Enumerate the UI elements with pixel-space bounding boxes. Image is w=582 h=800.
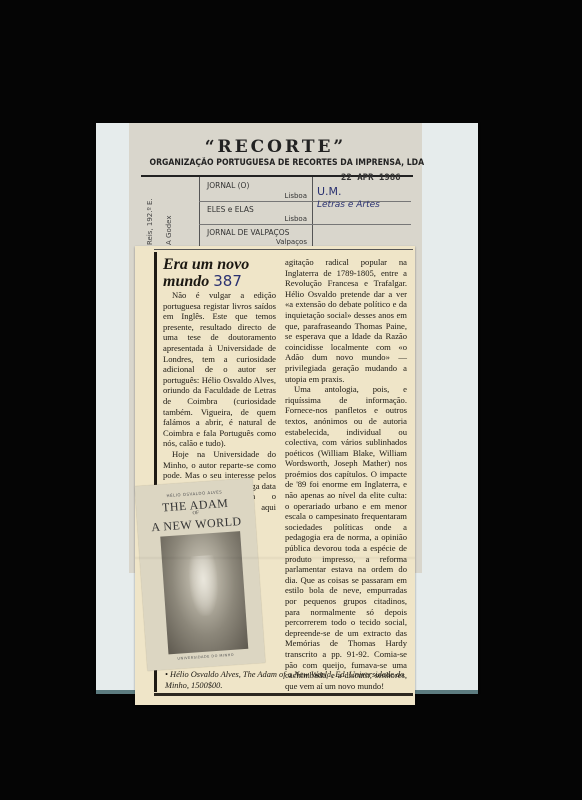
table-divider-left bbox=[199, 177, 200, 249]
newspaper-clipping: Era um novo mundo 387 Não é vulgar a edi… bbox=[135, 246, 415, 705]
date-stamp: 22 APR 1986 bbox=[341, 173, 401, 183]
paragraph: Não é vulgar a edição portuguesa regista… bbox=[163, 290, 276, 449]
publication-name: JORNAL DE VALPAÇOS bbox=[207, 228, 289, 237]
figure-illustration bbox=[188, 555, 220, 617]
clipping-top-rule bbox=[154, 249, 413, 250]
agency-subtitle: ORGANIZAÇÃO PORTUGUESA DE RECORTES DA IM… bbox=[150, 158, 402, 168]
paragraph: agitação radical popular na Inglaterra d… bbox=[285, 257, 407, 384]
address-line-2: A Godex bbox=[165, 216, 173, 246]
publication-name: JORNAL (O) bbox=[207, 181, 249, 190]
handwritten-section: Letras e Artes bbox=[317, 200, 380, 210]
fold-crease bbox=[135, 556, 415, 560]
address-line-1: Reis, 192.º E. bbox=[146, 198, 154, 245]
publication-city: Lisboa bbox=[229, 215, 307, 223]
book-cover-illustration bbox=[160, 531, 248, 654]
article-column-2: agitação radical popular na Inglaterra d… bbox=[285, 257, 407, 691]
agency-title: “RECORTE” bbox=[129, 137, 422, 157]
book-publisher: UNIVERSIDADE DO MINHO bbox=[147, 651, 265, 663]
book-cover-image: HÉLIO OSVALDO ALVES THE ADAM OF A NEW WO… bbox=[135, 478, 266, 671]
article-headline: Era um novo mundo 387 bbox=[163, 256, 273, 290]
handwritten-university: U.M. bbox=[317, 185, 342, 198]
publication-city: Valpaços bbox=[229, 238, 307, 246]
article-footnote: • Hélio Osvaldo Alves, The Adam of a New… bbox=[165, 670, 410, 691]
publication-city: Lisboa bbox=[229, 192, 307, 200]
publication-name: ELES e ELAS bbox=[207, 205, 254, 214]
table-divider-right bbox=[312, 177, 313, 249]
paragraph: Uma antologia, pois, e riquíssima de inf… bbox=[285, 384, 407, 691]
table-row-rule bbox=[199, 224, 411, 225]
handwritten-number: 387 bbox=[213, 272, 242, 290]
clipping-bottom-rule bbox=[154, 693, 413, 696]
